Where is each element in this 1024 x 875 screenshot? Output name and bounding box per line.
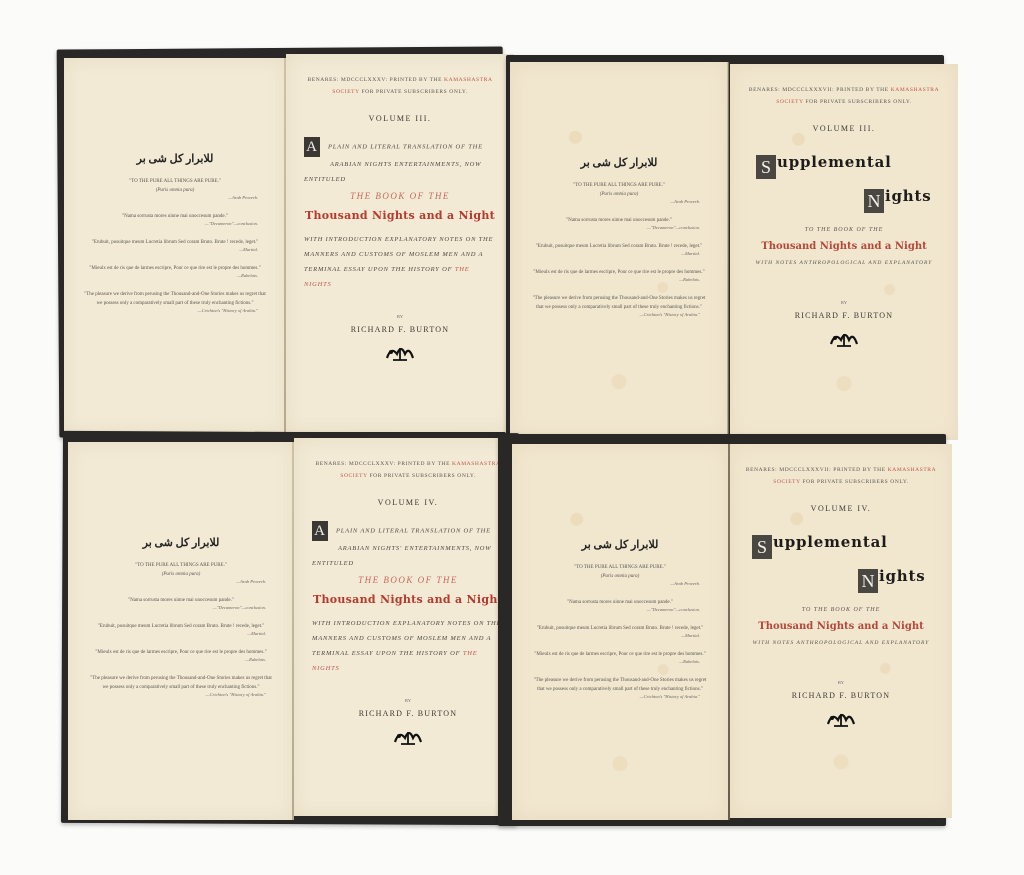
- epigraph-attribution: —Arab Proverb.: [510, 199, 728, 204]
- author-name: RICHARD F. BURTON: [730, 691, 952, 700]
- illuminated-initial: A: [312, 521, 328, 541]
- title-page-bottom-left: BENARES: MDCCCLXXXV: PRINTED BY THE KAMA…: [294, 438, 522, 816]
- epigraph-quote: "TO THE PURE ALL THINGS ARE PURE."(Puris…: [512, 563, 728, 581]
- epigraph-quote: "Mieulx est de ris que de larmes escripr…: [510, 268, 728, 277]
- epigraph-page-top-right: للابرار كل شى بر "TO THE PURE ALL THINGS…: [510, 62, 728, 438]
- epigraph-quote: "Erubuit, posuitque meum Lucretia librum…: [512, 624, 728, 633]
- illuminated-initial: S: [756, 155, 776, 179]
- epigraph-quote: "Nama sorrusta mores uinne mai unoccesum…: [64, 212, 286, 221]
- intro-text: APLAIN AND LITERAL TRANSLATION OF THEARA…: [286, 137, 514, 187]
- epigraph-quote: "Nama sorrusta mores uinne mai unoccesum…: [68, 596, 294, 605]
- illuminated-initial: S: [752, 535, 772, 559]
- illuminated-initial: N: [858, 569, 878, 593]
- epigraph-attribution: —Martial.: [512, 633, 728, 638]
- epigraph-quote: "TO THE PURE ALL THINGS ARE PURE."(Puris…: [510, 181, 728, 199]
- book-of-label: THE BOOK OF THE: [286, 191, 514, 201]
- main-title: Thousand Nights and a Night: [730, 241, 958, 252]
- by-label: BY: [730, 300, 958, 305]
- author-name: RICHARD F. BURTON: [730, 311, 958, 320]
- epigraph-attribution: —Crichton's "History of Arabia.": [68, 692, 294, 697]
- arabic-motto: للابرار كل شى بر: [510, 156, 728, 169]
- imprint: BENARES: MDCCCLXXXVII: PRINTED BY THE KA…: [730, 84, 958, 108]
- calligraphic-seal-icon: [391, 724, 425, 748]
- nights-title: Nights: [730, 187, 958, 213]
- by-label: BY: [730, 680, 952, 685]
- epigraph-attribution: —"Decameron"—conclusion.: [68, 605, 294, 610]
- arabic-motto: للابرار كل شى بر: [68, 536, 294, 549]
- arabic-motto: للابرار كل شى بر: [512, 538, 728, 551]
- by-label: BY: [286, 314, 514, 319]
- calligraphic-seal-icon: [827, 326, 861, 350]
- epigraph-quote: "Erubuit, posuitque meum Lucretia librum…: [68, 622, 294, 631]
- volume-label: VOLUME IV.: [294, 498, 522, 507]
- book-of-label: THE BOOK OF THE: [294, 575, 522, 585]
- epigraph-quote: "The pleasure we derive from perusing th…: [510, 294, 728, 312]
- main-title: Thousand Nights and a Night: [730, 621, 952, 632]
- epigraph-attribution: —"Decameron"—conclusion.: [510, 225, 728, 230]
- epigraph-attribution: —Martial.: [64, 247, 286, 252]
- main-title: Thousand Nights and a Night: [286, 209, 514, 222]
- epigraph-quote: "The pleasure we derive from perusing th…: [512, 676, 728, 694]
- epigraph-attribution: —"Decameron"—conclusion.: [512, 607, 728, 612]
- epigraph-attribution: —Martial.: [68, 631, 294, 636]
- illuminated-initial: N: [864, 189, 884, 213]
- illuminated-initial: A: [304, 137, 320, 157]
- volume-label: VOLUME III.: [730, 124, 958, 133]
- to-the-book-label: TO THE BOOK OF THE: [730, 607, 952, 613]
- epigraph-attribution: —Arab Proverb.: [64, 195, 286, 200]
- epigraph-quote: "The pleasure we derive from perusing th…: [68, 674, 294, 692]
- description: WITH INTRODUCTION EXPLANATORY NOTES ON T…: [286, 232, 514, 292]
- volume-label: VOLUME IV.: [730, 504, 952, 513]
- epigraph-attribution: —Crichton's "History of Arabia.": [510, 312, 728, 317]
- epigraph-quote: "Nama sorrusta mores uinne mai unoccesum…: [512, 598, 728, 607]
- epigraph-page-top-left: للابرار كل شى بر "TO THE PURE ALL THINGS…: [64, 58, 286, 434]
- notes-line: WITH NOTES ANTHROPOLOGICAL AND EXPLANATO…: [730, 640, 952, 646]
- epigraph-attribution: —Rabelais.: [64, 273, 286, 278]
- epigraph-attribution: —Arab Proverb.: [512, 581, 728, 586]
- main-title: Thousand Nights and a Night: [294, 593, 522, 606]
- epigraph-quote: "Erubuit, posuitque meum Lucretia librum…: [510, 242, 728, 251]
- title-page-bottom-right: BENARES: MDCCCLXXXVII: PRINTED BY THE KA…: [730, 444, 952, 818]
- epigraph-attribution: —Rabelais.: [510, 277, 728, 282]
- epigraph-attribution: —Rabelais.: [512, 659, 728, 664]
- epigraph-attribution: —Arab Proverb.: [68, 579, 294, 584]
- epigraph-attribution: —Rabelais.: [68, 657, 294, 662]
- epigraph-quote: "Mieulx est de ris que de larmes escripr…: [64, 264, 286, 273]
- by-label: BY: [294, 698, 522, 703]
- epigraph-attribution: —Crichton's "History of Arabia.": [512, 694, 728, 699]
- supplemental-title: Supplemental: [730, 153, 958, 179]
- to-the-book-label: TO THE BOOK OF THE: [730, 227, 958, 233]
- calligraphic-seal-icon: [824, 706, 858, 730]
- epigraph-quote: "Mieulx est de ris que de larmes escripr…: [68, 648, 294, 657]
- arabic-motto: للابرار كل شى بر: [64, 152, 286, 165]
- epigraph-quote: "TO THE PURE ALL THINGS ARE PURE."(Puris…: [68, 561, 294, 579]
- epigraph-attribution: —Crichton's "History of Arabia.": [64, 308, 286, 313]
- title-page-top-left: BENARES: MDCCCLXXXV: PRINTED BY THE KAMA…: [286, 54, 514, 432]
- epigraph-quote: "The pleasure we derive from perusing th…: [64, 290, 286, 308]
- nights-title: Nights: [730, 567, 952, 593]
- description: WITH INTRODUCTION EXPLANATORY NOTES ON T…: [294, 616, 522, 676]
- intro-text: APLAIN AND LITERAL TRANSLATION OF THEARA…: [294, 521, 522, 571]
- epigraph-page-bottom-left: للابرار كل شى بر "TO THE PURE ALL THINGS…: [68, 442, 294, 820]
- volume-label: VOLUME III.: [286, 114, 514, 123]
- epigraph-quote: "TO THE PURE ALL THINGS ARE PURE."(Puris…: [64, 177, 286, 195]
- notes-line: WITH NOTES ANTHROPOLOGICAL AND EXPLANATO…: [730, 260, 958, 266]
- epigraph-attribution: —"Decameron"—conclusion.: [64, 221, 286, 226]
- title-page-top-right: BENARES: MDCCCLXXXVII: PRINTED BY THE KA…: [730, 64, 958, 440]
- imprint: BENARES: MDCCCLXXXV: PRINTED BY THE KAMA…: [286, 74, 514, 98]
- supplemental-title: Supplemental: [730, 533, 952, 559]
- epigraph-quote: "Mieulx est de ris que de larmes escripr…: [512, 650, 728, 659]
- author-name: RICHARD F. BURTON: [286, 325, 514, 334]
- author-name: RICHARD F. BURTON: [294, 709, 522, 718]
- epigraph-page-bottom-right: للابرار كل شى بر "TO THE PURE ALL THINGS…: [512, 444, 728, 820]
- epigraph-quote: "Erubuit, posuitque meum Lucretia librum…: [64, 238, 286, 247]
- epigraph-attribution: —Martial.: [510, 251, 728, 256]
- imprint: BENARES: MDCCCLXXXV: PRINTED BY THE KAMA…: [294, 458, 522, 482]
- gutter: [727, 62, 729, 438]
- imprint: BENARES: MDCCCLXXXVII: PRINTED BY THE KA…: [730, 464, 952, 488]
- calligraphic-seal-icon: [383, 340, 417, 364]
- epigraph-quote: "Nama sorrusta mores uinne mai unoccesum…: [510, 216, 728, 225]
